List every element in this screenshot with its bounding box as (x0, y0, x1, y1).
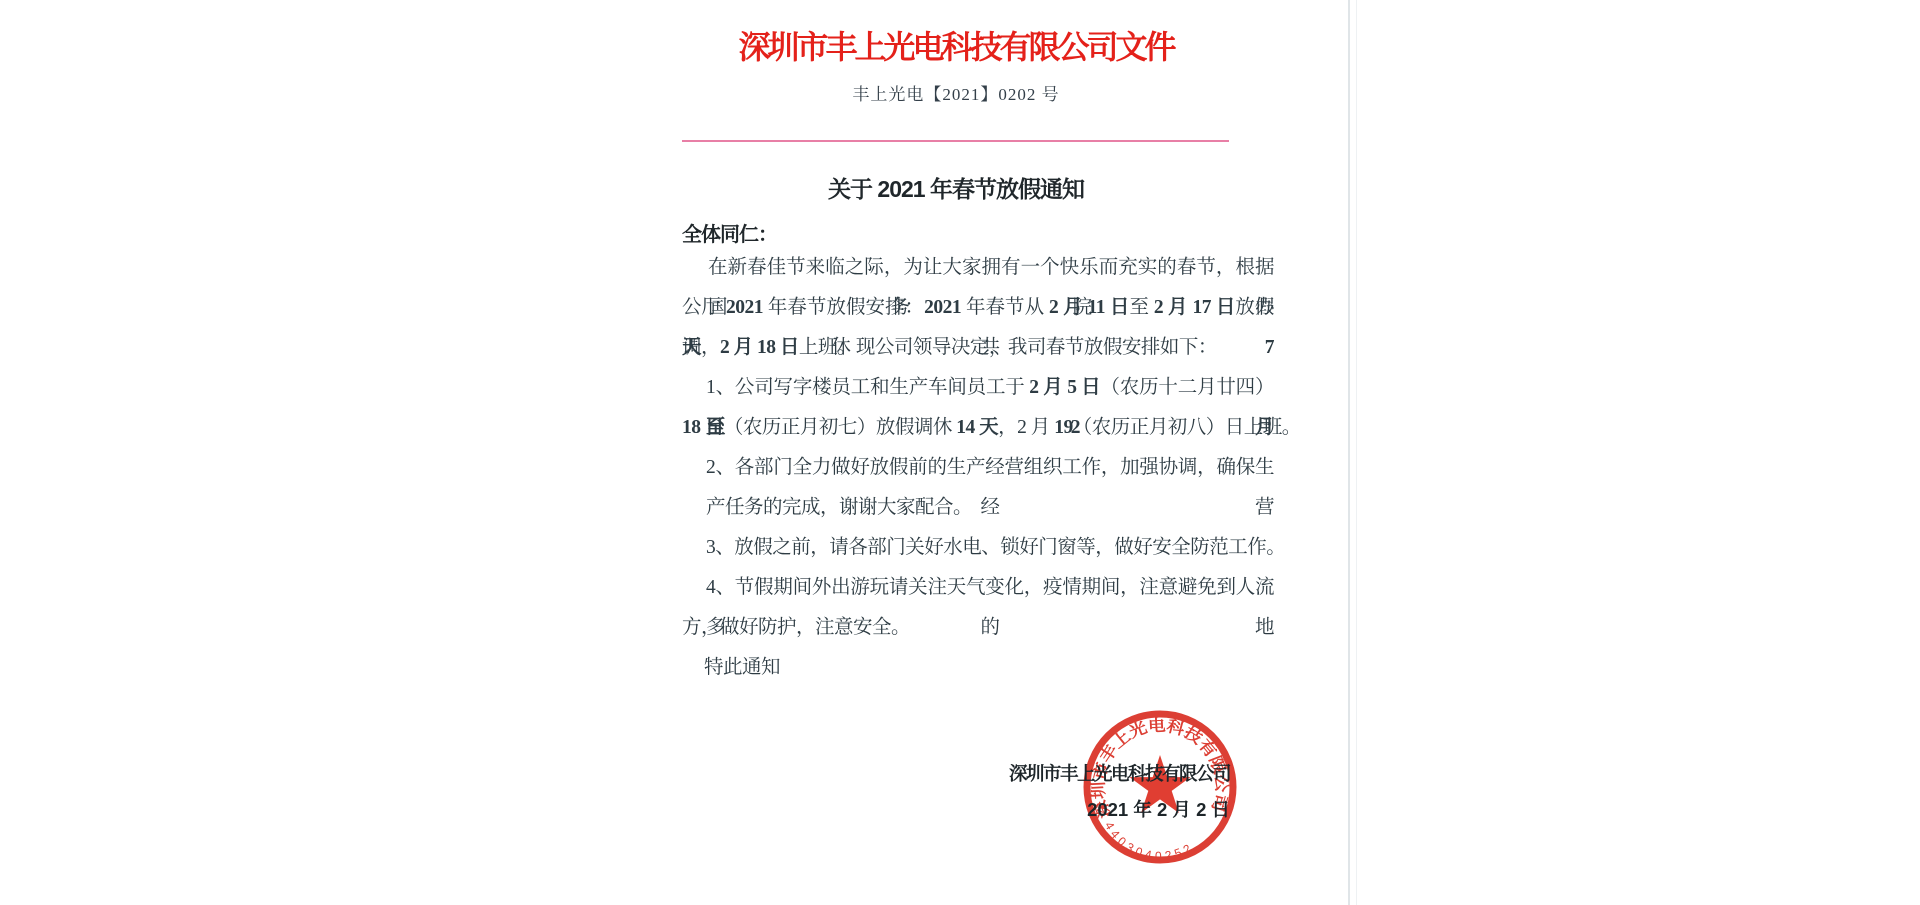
red-divider-line (682, 140, 1229, 142)
document-line: 18 日（农历正月初七）放假调休 14 天，2 月 19（农历正月初八）日上班。 (682, 408, 1274, 448)
notice-heading: 关于 2021 年春节放假通知 (682, 171, 1230, 204)
signature-company: 深圳市丰上光电科技有限公司 (930, 760, 1230, 786)
viewer-page-edge-line-2 (1356, 0, 1357, 905)
document-line: 公厅 2021 年春节放假安排：2021 年春节从 2 月 11 日至 2 月 … (682, 288, 1274, 328)
viewer-page-edge-line (1348, 0, 1350, 905)
stamp-serial-number: 4403040252 (1102, 819, 1197, 863)
document-line: 3、放假之前，请各部门关好水电、锁好门窗等，做好安全防范工作。 (682, 528, 1274, 568)
salutation: 全体同仁： (682, 218, 777, 247)
document-line: 2、各部门全力做好放假前的生产经营组织工作，加强协调，确保生产经营 (682, 448, 1274, 488)
signature-date: 2021 年 2 月 2 日 (930, 796, 1230, 822)
document-page: 深圳市丰上光电科技有限公司文件 丰上光电【2021】0202 号 关于 2021… (0, 0, 1920, 905)
document-body: 在新春佳节来临之际，为让大家拥有一个快乐而充实的春节，根据国务院办公厅 2021… (682, 248, 1274, 688)
document-line: 天，2 月 18 日上班。现公司领导决定，我司春节放假安排如下： (682, 328, 1274, 368)
org-title: 深圳市丰上光电科技有限公司文件 (682, 22, 1230, 68)
document-line: 4、节假期间外出游玩请关注天气变化，疫情期间，注意避免到人流多的地 (682, 568, 1274, 608)
document-line: 在新春佳节来临之际，为让大家拥有一个快乐而充实的春节，根据国务院办 (682, 248, 1274, 288)
svg-text:4403040252: 4403040252 (1102, 819, 1197, 863)
document-line: 1、公司写字楼员工和生产车间员工于 2 月 5 日（农历十二月廿四）至 2 月 (682, 368, 1274, 408)
doc-number: 丰上光电【2021】0202 号 (682, 80, 1230, 105)
company-stamp: 深圳市丰上光电科技有限公司 4403040252 (1078, 705, 1242, 869)
document-line: 特此通知 (682, 648, 1274, 688)
